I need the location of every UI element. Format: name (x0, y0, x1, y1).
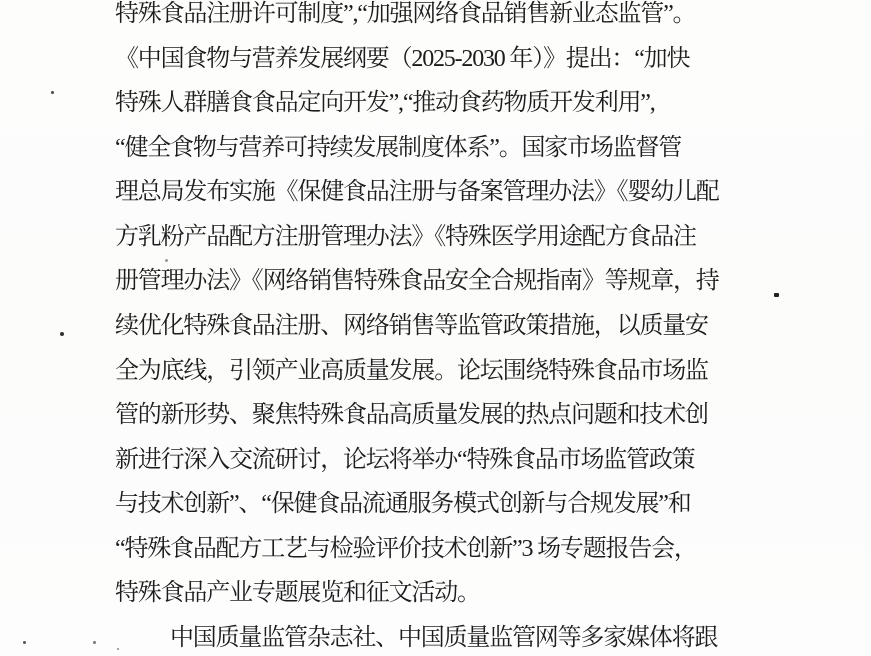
scan-speckle (60, 332, 64, 336)
scan-speckle (93, 641, 96, 644)
text-line: 理总局发布实施《保健食品注册与备案管理办法》《婴幼儿配 (115, 170, 725, 215)
text-line: 全为底线，引领产业高质量发展。论坛围绕特殊食品市场监 (115, 349, 725, 394)
scan-speckle (165, 259, 168, 262)
text-line: 特殊食品产业专题展览和征文活动。 (115, 571, 725, 616)
text-line: 续优化特殊食品注册、网络销售等监管政策措施，以质量安 (115, 304, 725, 349)
document-page: 特殊食品注册许可制度”,“加强网络食品销售新业态监管”。 《中国食物与营养发展纲… (0, 0, 871, 656)
text-line: 新进行深入交流研讨，论坛将举办“特殊食品市场监管政策 (115, 438, 725, 483)
text-block: 特殊食品注册许可制度”,“加强网络食品销售新业态监管”。 《中国食物与营养发展纲… (115, 0, 725, 656)
text-line: 《中国食物与营养发展纲要（2025-2030 年）》提出：“加快 (115, 37, 725, 82)
text-line: “特殊食品配方工艺与检验评价技术创新”3 场专题报告会， (115, 527, 725, 572)
text-line: 管的新形势、聚焦特殊食品高质量发展的热点问题和技术创 (115, 393, 725, 438)
scan-speckle (774, 293, 779, 297)
text-line: 方乳粉产品配方注册管理办法》《特殊医学用途配方食品注 (115, 215, 725, 260)
scan-speckle (23, 641, 26, 644)
text-line: 特殊食品注册许可制度”,“加强网络食品销售新业态监管”。 (115, 0, 725, 37)
text-line: “健全食物与营养可持续发展制度体系”。国家市场监督管 (115, 126, 725, 171)
text-line-paragraph-start: 中国质量监管杂志社、中国质量监管网等多家媒体将跟 (115, 616, 725, 656)
scan-speckle (51, 91, 54, 94)
text-line: 特殊人群膳食食品定向开发”,“推动食药物质开发利用”, (115, 81, 725, 126)
text-line: 册管理办法》《网络销售特殊食品安全合规指南》等规章，持 (115, 259, 725, 304)
text-line: 与技术创新”、“保健食品流通服务模式创新与合规发展”和 (115, 482, 725, 527)
scan-speckle (117, 648, 119, 650)
